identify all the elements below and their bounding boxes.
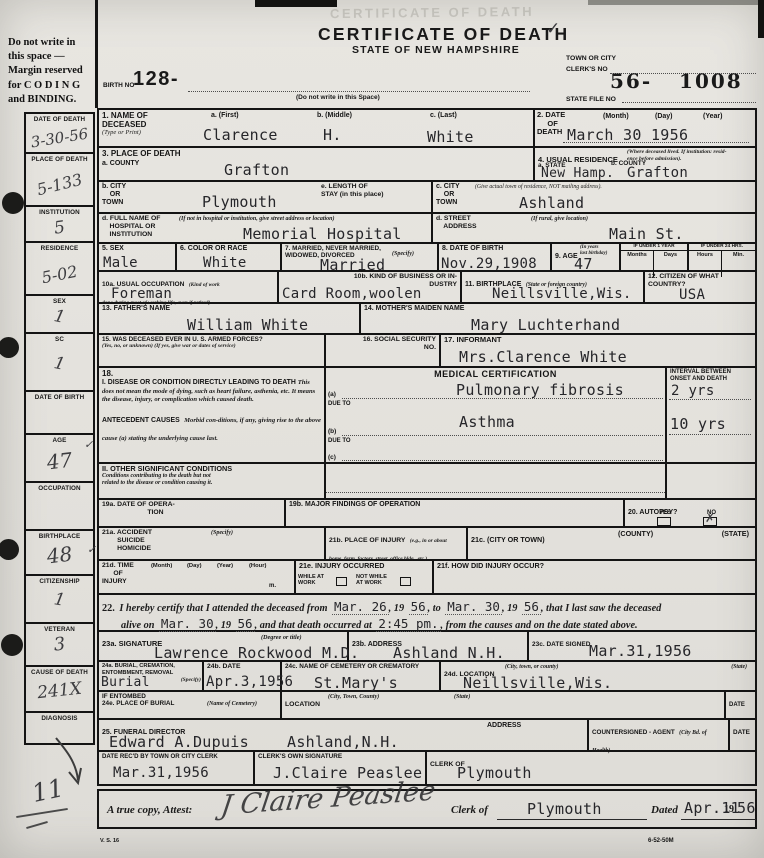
due-to-2: DUE TO <box>328 438 351 445</box>
field-countersigned-agent: COUNTERSIGNED - AGENT (City Bd. of Healt… <box>587 720 728 750</box>
punch-hole <box>2 192 24 214</box>
value-attest-place: Plymouth <box>527 800 602 818</box>
field-how-injury-occurred: 21f. HOW DID INJURY OCCUR? <box>432 561 755 593</box>
scan-artifact-bar <box>255 0 337 7</box>
field-other-conditions-entry <box>324 464 665 498</box>
field-informant: 17. INFORMANT Mrs.Clarence White <box>439 335 755 366</box>
death-certificate-scan: CERTIFICATE OF DEATH Do not write in thi… <box>0 0 764 858</box>
value-age: 47 <box>574 255 593 273</box>
value-attended-from: Mar. 26 <box>332 599 389 615</box>
field-cemetery-location: 24d. LOCATION (City, town, or county) (S… <box>439 662 755 690</box>
punch-hole <box>0 337 19 358</box>
field-other-conditions-interval <box>665 464 755 498</box>
value-residence-state: New Hamp. <box>541 166 614 181</box>
value-burial-type: Burial <box>101 675 150 690</box>
field-burial-type: 24a. BURIAL, CREMATION, ENTOMBMENT, REMO… <box>99 662 202 690</box>
field-cause-of-death-labels: 18. I. DISEASE OR CONDITION DIRECTLY LEA… <box>99 368 324 462</box>
row-parents: 13. FATHER'S NAME William White 14. MOTH… <box>99 304 755 335</box>
field-countersigned-date: DATE <box>728 720 755 750</box>
field-funeral-director: 25. FUNERAL DIRECTOR ADDRESS Edward A.Du… <box>99 720 587 750</box>
field-physician-signature: 23a. SIGNATURE (Degree or title) Lawrenc… <box>99 632 347 660</box>
attest-year-line <box>735 819 756 820</box>
value-first-name: Clarence <box>203 126 278 144</box>
field-entombed-date: DATE <box>724 692 755 718</box>
value-date-signed: Mar.31,1956 <box>589 642 692 660</box>
field-color-or-race: 6. COLOR OR RACE White <box>175 244 280 270</box>
field-birthplace: 11. BIRTHPLACE (State or foreign country… <box>460 272 643 302</box>
field-clerk-signature: CLERK'S OWN SIGNATURE J.Claire Peaslee <box>253 752 425 784</box>
field-business-industry: 10b. KIND OF BUSINESS OR IN- DUSTRY Card… <box>277 272 460 302</box>
field-date-of-operation: 19a. DATE OF OPERA- TION <box>99 500 284 526</box>
print-code: 6-52-50M <box>648 838 674 845</box>
field-date-of-birth: 8. DATE OF BIRTH Nov.29,1908 <box>437 244 550 270</box>
field-name-of-deceased: 1. NAME OF DECEASED (Type or Print) a. (… <box>99 110 533 146</box>
field-accident-suicide-homicide: 21a. ACCIDENT SUICIDE HOMICIDE (Specify) <box>99 528 324 559</box>
birth-no-label: BIRTH NO <box>103 82 134 89</box>
field-autopsy: 20. AUTOPSY? YES NO ✗ <box>623 500 755 526</box>
row-entombed: IF ENTOMBED 24e. PLACE OF BURIAL (Name o… <box>99 692 755 720</box>
margin-cell-birthplace: BIRTHPLACE48 <box>26 531 93 576</box>
value-burial-date: Apr.3,1956 <box>206 674 293 690</box>
value-last-seen: Mar. 30 <box>159 616 216 632</box>
field-residence-city: c. CITY OR TOWN (Give actual town of res… <box>431 182 755 212</box>
punch-hole <box>0 539 19 560</box>
form-number: V. S. 16 <box>100 838 119 844</box>
do-not-write-note: (Do not write in this Space) <box>296 94 380 101</box>
page-subtitle: STATE OF NEW HAMPSHIRE <box>352 44 520 56</box>
clerks-no-value: 56- 1008 <box>610 69 743 93</box>
field-injury-city-county-state: 21c. (CITY OR TOWN) (COUNTY) (STATE) <box>466 528 755 559</box>
medical-certification-title: MEDICAL CERTIFICATION <box>329 369 662 379</box>
handwritten-underline <box>26 821 48 829</box>
value-cause-b: Asthma <box>459 413 515 431</box>
field-fathers-name: 13. FATHER'S NAME William White <box>99 304 359 333</box>
value-birthplace: Neillsville,Wis. <box>492 286 632 302</box>
field-burial-date: 24b. DATE Apr.3,1956 <box>202 662 280 690</box>
field-cemetery-name: 24c. NAME OF CEMETERY OR CREMATORY St.Ma… <box>280 662 439 690</box>
coding-margin-table: DATE OF DEATH3-30-56 PLACE OF DEATH5-133… <box>24 112 95 745</box>
value-residence-city: Ashland <box>519 194 584 212</box>
field-date-signed: 23c. DATE SIGNED Mar.31,1956 <box>527 632 755 660</box>
margin-cell-sc: SC1 <box>26 334 93 392</box>
value-date-of-death: March 30 1956 <box>567 126 688 144</box>
row-other-conditions: II. OTHER SIGNIFICANT CONDITIONS Conditi… <box>99 464 755 500</box>
row-medical-certification: 18. I. DISEASE OR CONDITION DIRECTLY LEA… <box>99 368 755 464</box>
value-cause-a: Pulmonary fibrosis <box>456 381 624 399</box>
row-informant: 15. WAS DECEASED EVER IN U. S. ARMED FOR… <box>99 335 755 368</box>
value-interval-b: 10 yrs <box>670 415 726 433</box>
row-funeral-director: 25. FUNERAL DIRECTOR ADDRESS Edward A.Du… <box>99 720 755 752</box>
row-accident: 21a. ACCIDENT SUICIDE HOMICIDE (Specify)… <box>99 528 755 561</box>
value-residence-county: Grafton <box>627 165 688 181</box>
field-social-security-no: 16. SOCIAL SECURITY NO. <box>324 335 439 366</box>
field-time-of-injury: 21d. TIME OF INJURY (Month) (Day) (Year)… <box>99 561 294 593</box>
value-date-of-birth: Nov.29,1908 <box>441 256 537 272</box>
field-entombed-location: LOCATION (City, Town, County) (State) <box>280 692 724 718</box>
autopsy-no-mark: ✗ <box>705 511 715 525</box>
attest-date-line <box>681 819 739 820</box>
row-city-town: b. CITY OR TOWN Plymouth e. LENGTH OF ST… <box>99 182 755 214</box>
value-time-of-death: 2:45 pm. <box>376 616 440 632</box>
value-clerk-of: Plymouth <box>457 764 532 782</box>
value-cemetery: St.Mary's <box>314 674 398 692</box>
birth-no-line <box>188 91 530 92</box>
value-attended-from-year: 56 <box>409 599 428 615</box>
margin-cell-sex: SEX1 <box>26 296 93 334</box>
page-title: CERTIFICATE OF DEATH <box>318 24 569 45</box>
value-attest-date: Apr.11 <box>684 799 740 817</box>
field-entombed-place: IF ENTOMBED 24e. PLACE OF BURIAL (Name o… <box>99 692 280 718</box>
value-attest-year: 56 <box>737 799 756 817</box>
value-death-city: Plymouth <box>202 193 277 211</box>
value-attended-to: Mar. 30 <box>445 599 502 615</box>
birth-no-value: 128- <box>133 68 179 91</box>
value-physician-address: Ashland N.H. <box>393 644 505 662</box>
row-certify-statement: 22. I hereby certify that I attended the… <box>99 595 755 632</box>
field-clerk-of: CLERK OF Plymouth <box>425 752 755 784</box>
field-date-of-death: 2. DATE OF DEATH (Month) (Day) (Year) Ma… <box>533 110 755 146</box>
margin-divider-line <box>95 0 98 108</box>
field-age-under-1-year: IF UNDER 1 YEAR Months Days <box>619 244 687 270</box>
field-age-under-24-hrs: IF UNDER 24 HRS. Hours Min. <box>687 244 755 270</box>
value-attended-to-year: 56 <box>522 599 541 615</box>
value-cemetery-location: Neillsville,Wis. <box>463 674 612 692</box>
field-physician-address: 23b. ADDRESS Ashland N.H. <box>347 632 527 660</box>
margin-checkmark: ✓ <box>84 438 93 451</box>
row-operation-autopsy: 19a. DATE OF OPERA- TION 19b. MAJOR FIND… <box>99 500 755 528</box>
margin-cell-date-of-birth: DATE OF BIRTH <box>26 392 93 435</box>
value-race: White <box>203 255 247 271</box>
value-father: William White <box>187 316 308 334</box>
field-death-city: b. CITY OR TOWN Plymouth e. LENGTH OF ST… <box>99 182 431 212</box>
field-cause-of-death-entries: MEDICAL CERTIFICATION Pulmonary fibrosis… <box>324 368 665 462</box>
field-sex: 5. SEX Male <box>99 244 175 270</box>
ghost-title: CERTIFICATE OF DEATH <box>330 4 534 21</box>
attest-place-line <box>497 819 647 820</box>
town-or-city-label: TOWN OR CITY <box>566 55 616 63</box>
margin-cell-residence: RESIDENCE5-02 <box>26 243 93 296</box>
field-armed-forces: 15. WAS DECEASED EVER IN U. S. ARMED FOR… <box>99 335 324 366</box>
field-certify-statement: 22. I hereby certify that I attended the… <box>99 595 755 630</box>
field-interval-onset-death: INTERVAL BETWEEN ONSET AND DEATH 2 yrs 1… <box>665 368 755 462</box>
scan-artifact-corner <box>758 0 764 38</box>
row-physician: 23a. SIGNATURE (Degree or title) Lawrenc… <box>99 632 755 662</box>
value-street-address: Main St. <box>609 225 684 243</box>
value-occupation: Foreman <box>111 286 172 302</box>
row-burial: 24a. BURIAL, CREMATION, ENTOMBMENT, REMO… <box>99 662 755 692</box>
row-occupation: 10a. USUAL OCCUPATION (Kind of work done… <box>99 272 755 304</box>
field-injury-occurred: 21e. INJURY OCCURRED WHILE AT WORK NOT W… <box>294 561 432 593</box>
punch-hole <box>1 634 23 656</box>
value-date-received: Mar.31,1956 <box>113 765 209 781</box>
not-while-at-work-checkbox <box>400 577 411 586</box>
certificate-form-table: 1. NAME OF DECEASED (Type or Print) a. (… <box>97 108 757 786</box>
margin-bottom-code: 11 <box>29 773 66 808</box>
state-file-no-label: STATE FILE NO <box>566 96 616 104</box>
while-at-work-checkbox <box>336 577 347 586</box>
value-interval-a: 2 yrs <box>671 383 715 399</box>
margin-cell-date-of-death: DATE OF DEATH3-30-56 <box>26 114 93 154</box>
value-death-county: Grafton <box>224 161 289 179</box>
value-citizen: USA <box>679 287 705 303</box>
field-place-of-injury: 21b. PLACE OF INJURY (e.g., in or about … <box>324 528 466 559</box>
field-usual-residence: 4. USUAL RESIDENCE (Where deceased lived… <box>533 148 755 180</box>
clerks-no-label: CLERK'S NO <box>566 66 608 74</box>
field-marital-status: 7. MARRIED, NEVER MARRIED, WIDOWED, DIVO… <box>280 244 437 270</box>
value-funeral-director: Edward A.Dupuis <box>109 733 249 751</box>
state-file-no-line <box>622 102 756 103</box>
field-street-address: d. STREET ADDRESS (If rural, give locati… <box>431 214 755 242</box>
field-age: 9. AGE (In years last birthday) 47 <box>550 244 619 270</box>
scan-artifact-bar <box>588 0 764 5</box>
row-sex-race: 5. SEX Male 6. COLOR OR RACE White 7. MA… <box>99 244 755 272</box>
margin-checkmark: ✓ <box>87 543 96 556</box>
margin-cell-occupation: OCCUPATION <box>26 483 93 531</box>
handwritten-underline <box>16 808 68 818</box>
value-marital: Married <box>320 256 385 274</box>
value-business: Card Room,woolen <box>282 286 422 302</box>
value-middle-name: H. <box>323 126 342 144</box>
margin-cell-place-of-death: PLACE OF DEATH5-133 <box>26 154 93 207</box>
value-funeral-director-address: Ashland,N.H. <box>287 733 399 751</box>
field-occupation: 10a. USUAL OCCUPATION (Kind of work done… <box>99 272 277 302</box>
row-injury-time: 21d. TIME OF INJURY (Month) (Day) (Year)… <box>99 561 755 595</box>
row-place-of-death: 3. PLACE OF DEATH a. COUNTY Grafton 4. U… <box>99 148 755 182</box>
value-informant: Mrs.Clarence White <box>459 348 627 366</box>
field-other-conditions-label: II. OTHER SIGNIFICANT CONDITIONS Conditi… <box>99 464 324 498</box>
margin-cell-cause-of-death: CAUSE OF DEATH241X <box>26 667 93 713</box>
value-mother: Mary Luchterhand <box>471 316 620 334</box>
value-sex: Male <box>103 255 138 271</box>
value-last-seen-year: 56 <box>236 616 255 632</box>
margin-cell-veteran: VETERAN3 <box>26 624 93 667</box>
value-physician: Lawrence Rockwood M.D. <box>154 644 359 662</box>
margin-cell-age: AGE47 <box>26 435 93 483</box>
margin-cell-institution: INSTITUTION5 <box>26 207 93 243</box>
row-name: 1. NAME OF DECEASED (Type or Print) a. (… <box>99 110 755 148</box>
field-mothers-maiden-name: 14. MOTHER'S MAIDEN NAME Mary Luchterhan… <box>359 304 755 333</box>
attestation-box: A true copy, Attest: J Claire Peaslee Cl… <box>97 789 757 829</box>
row-hospital: d. FULL NAME OF HOSPITAL OR INSTITUTION … <box>99 214 755 244</box>
title-checkmark: ✓ <box>546 19 560 39</box>
field-citizen: 12. CITIZEN OF WHAT COUNTRY? USA <box>643 272 755 302</box>
autopsy-yes-checkbox <box>657 517 671 526</box>
value-last-name: White <box>427 128 474 146</box>
field-hospital: d. FULL NAME OF HOSPITAL OR INSTITUTION … <box>99 214 431 242</box>
field-date-received: DATE REC'D BY TOWN OR CITY CLERK Mar.31,… <box>99 752 253 784</box>
binding-margin-note: Do not write in this space — Margin rese… <box>8 36 100 107</box>
margin-cell-citizenship: CITIZENSHIP1 <box>26 576 93 624</box>
value-clerk-signature: J.Claire Peaslee <box>273 764 422 782</box>
value-hospital: Memorial Hospital <box>243 225 402 243</box>
field-major-findings: 19b. MAJOR FINDINGS OF OPERATION <box>284 500 623 526</box>
field-place-of-death-county: 3. PLACE OF DEATH a. COUNTY Grafton <box>99 148 533 180</box>
